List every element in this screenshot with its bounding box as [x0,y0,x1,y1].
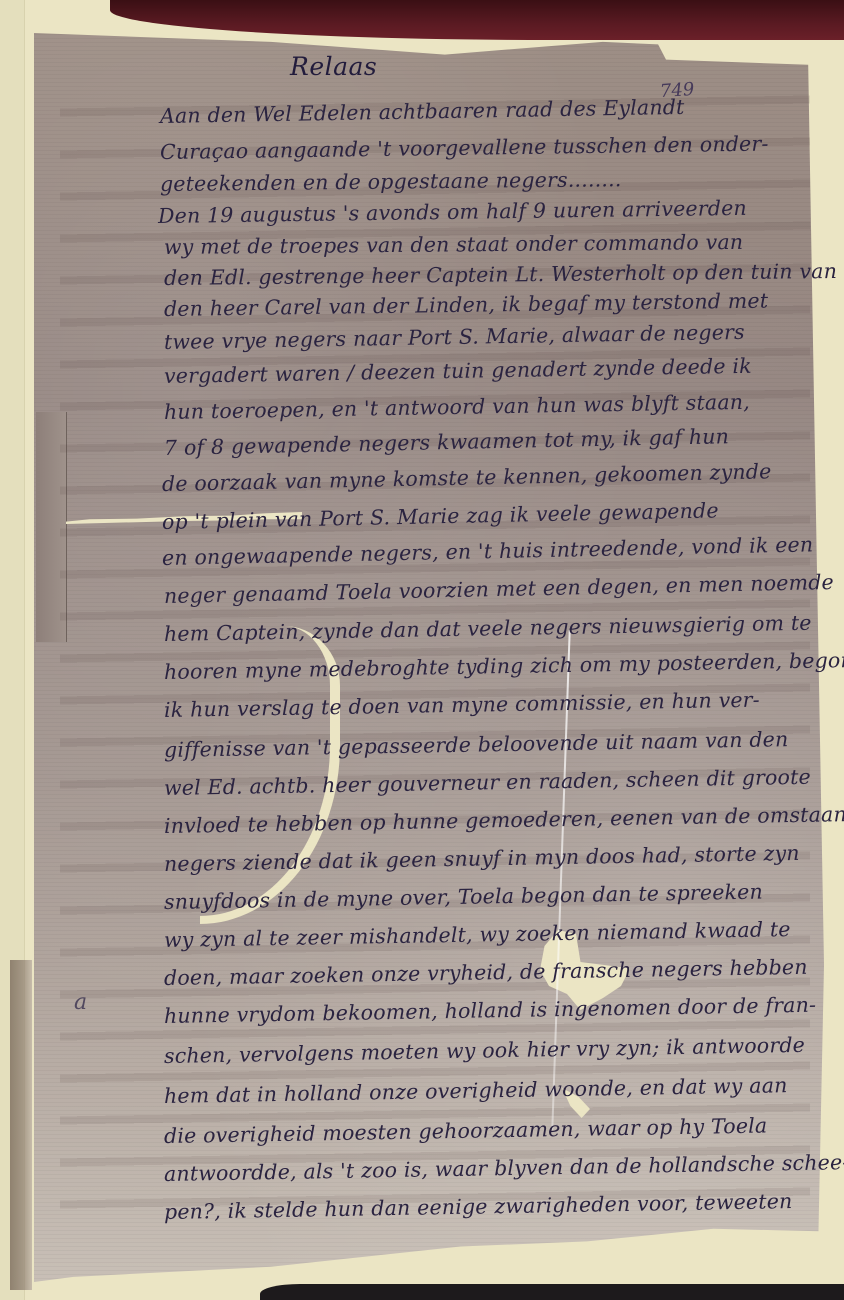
manuscript-line: schen, vervolgens moeten wy ook hier vry… [164,1033,805,1068]
manuscript-line: op 't plein van Port S. Marie zag ik vee… [162,498,719,534]
manuscript-line: Curaçao aangaande 't voorgevallene tussc… [160,132,769,164]
manuscript-line: hooren myne medebroghte tyding zich om m… [164,648,844,684]
manuscript-line: ik hun verslag te doen van myne commissi… [164,688,760,722]
manuscript-line: hunne vrydom bekoomen, holland is ingeno… [164,993,817,1028]
manuscript-line: doen, maar zoeken onze vryheid, de frans… [164,955,808,990]
manuscript-line: die overigheid moesten gehoorzaamen, waa… [164,1113,768,1148]
margin-mark: a [74,990,87,1015]
manuscript-line: giffenisse van 't gepasseerde beloovende… [164,727,789,762]
manuscript-line: 7 of 8 gewapende negers kwaamen tot my, … [164,424,730,460]
manuscript-line: pen?, ik stelde hun dan eenige zwarighed… [164,1189,793,1224]
manuscript-line: wel Ed. achtb. heer gouverneur en raaden… [164,765,811,800]
document-title: Relaas [290,52,377,81]
manuscript-line: vergadert waren / deezen tuin genadert z… [164,354,752,388]
manuscript-line: negers ziende dat ik geen snuyf in myn d… [164,841,800,876]
manuscript-line: Aan den Wel Edelen achtbaaren raad des E… [160,95,685,128]
manuscript-line: den heer Carel van der Linden, ik begaf … [164,289,769,321]
manuscript-line: hem dat in holland onze overigheid woond… [164,1073,788,1108]
manuscript-line: hem Captein, zynde dan dat veele negers … [164,611,812,646]
manuscript-line: hun toeroepen, en 't antwoord van hun wa… [164,390,750,424]
manuscript-line: snuyfdoos in de myne over, Toela begon d… [164,880,763,914]
manuscript-line: den Edl. gestrenge heer Captein Lt. West… [164,259,837,290]
handwritten-text: Relaas 749 a Aan den Wel Edelen achtbaar… [0,0,844,1300]
manuscript-line: antwoordde, als 't zoo is, waar blyven d… [164,1150,844,1186]
manuscript-line: Den 19 augustus 's avonds om half 9 uure… [158,196,747,228]
manuscript-line: neger genaamd Toela voorzien met een deg… [164,570,834,608]
manuscript-line: wy met de troepes van den staat onder co… [164,230,743,259]
manuscript-line: invloed te hebben op hunne gemoederen, e… [164,802,844,838]
manuscript-line: geteekenden en de opgestaane negers.....… [160,167,622,196]
manuscript-line: en ongewaapende negers, en 't huis intre… [162,532,814,570]
manuscript-line: wy zyn al te zeer mishandelt, wy zoeken … [164,917,791,952]
manuscript-line: de oorzaak van myne komste te kennen, ge… [162,459,772,496]
manuscript-line: twee vrye negers naar Port S. Marie, alw… [164,320,745,354]
